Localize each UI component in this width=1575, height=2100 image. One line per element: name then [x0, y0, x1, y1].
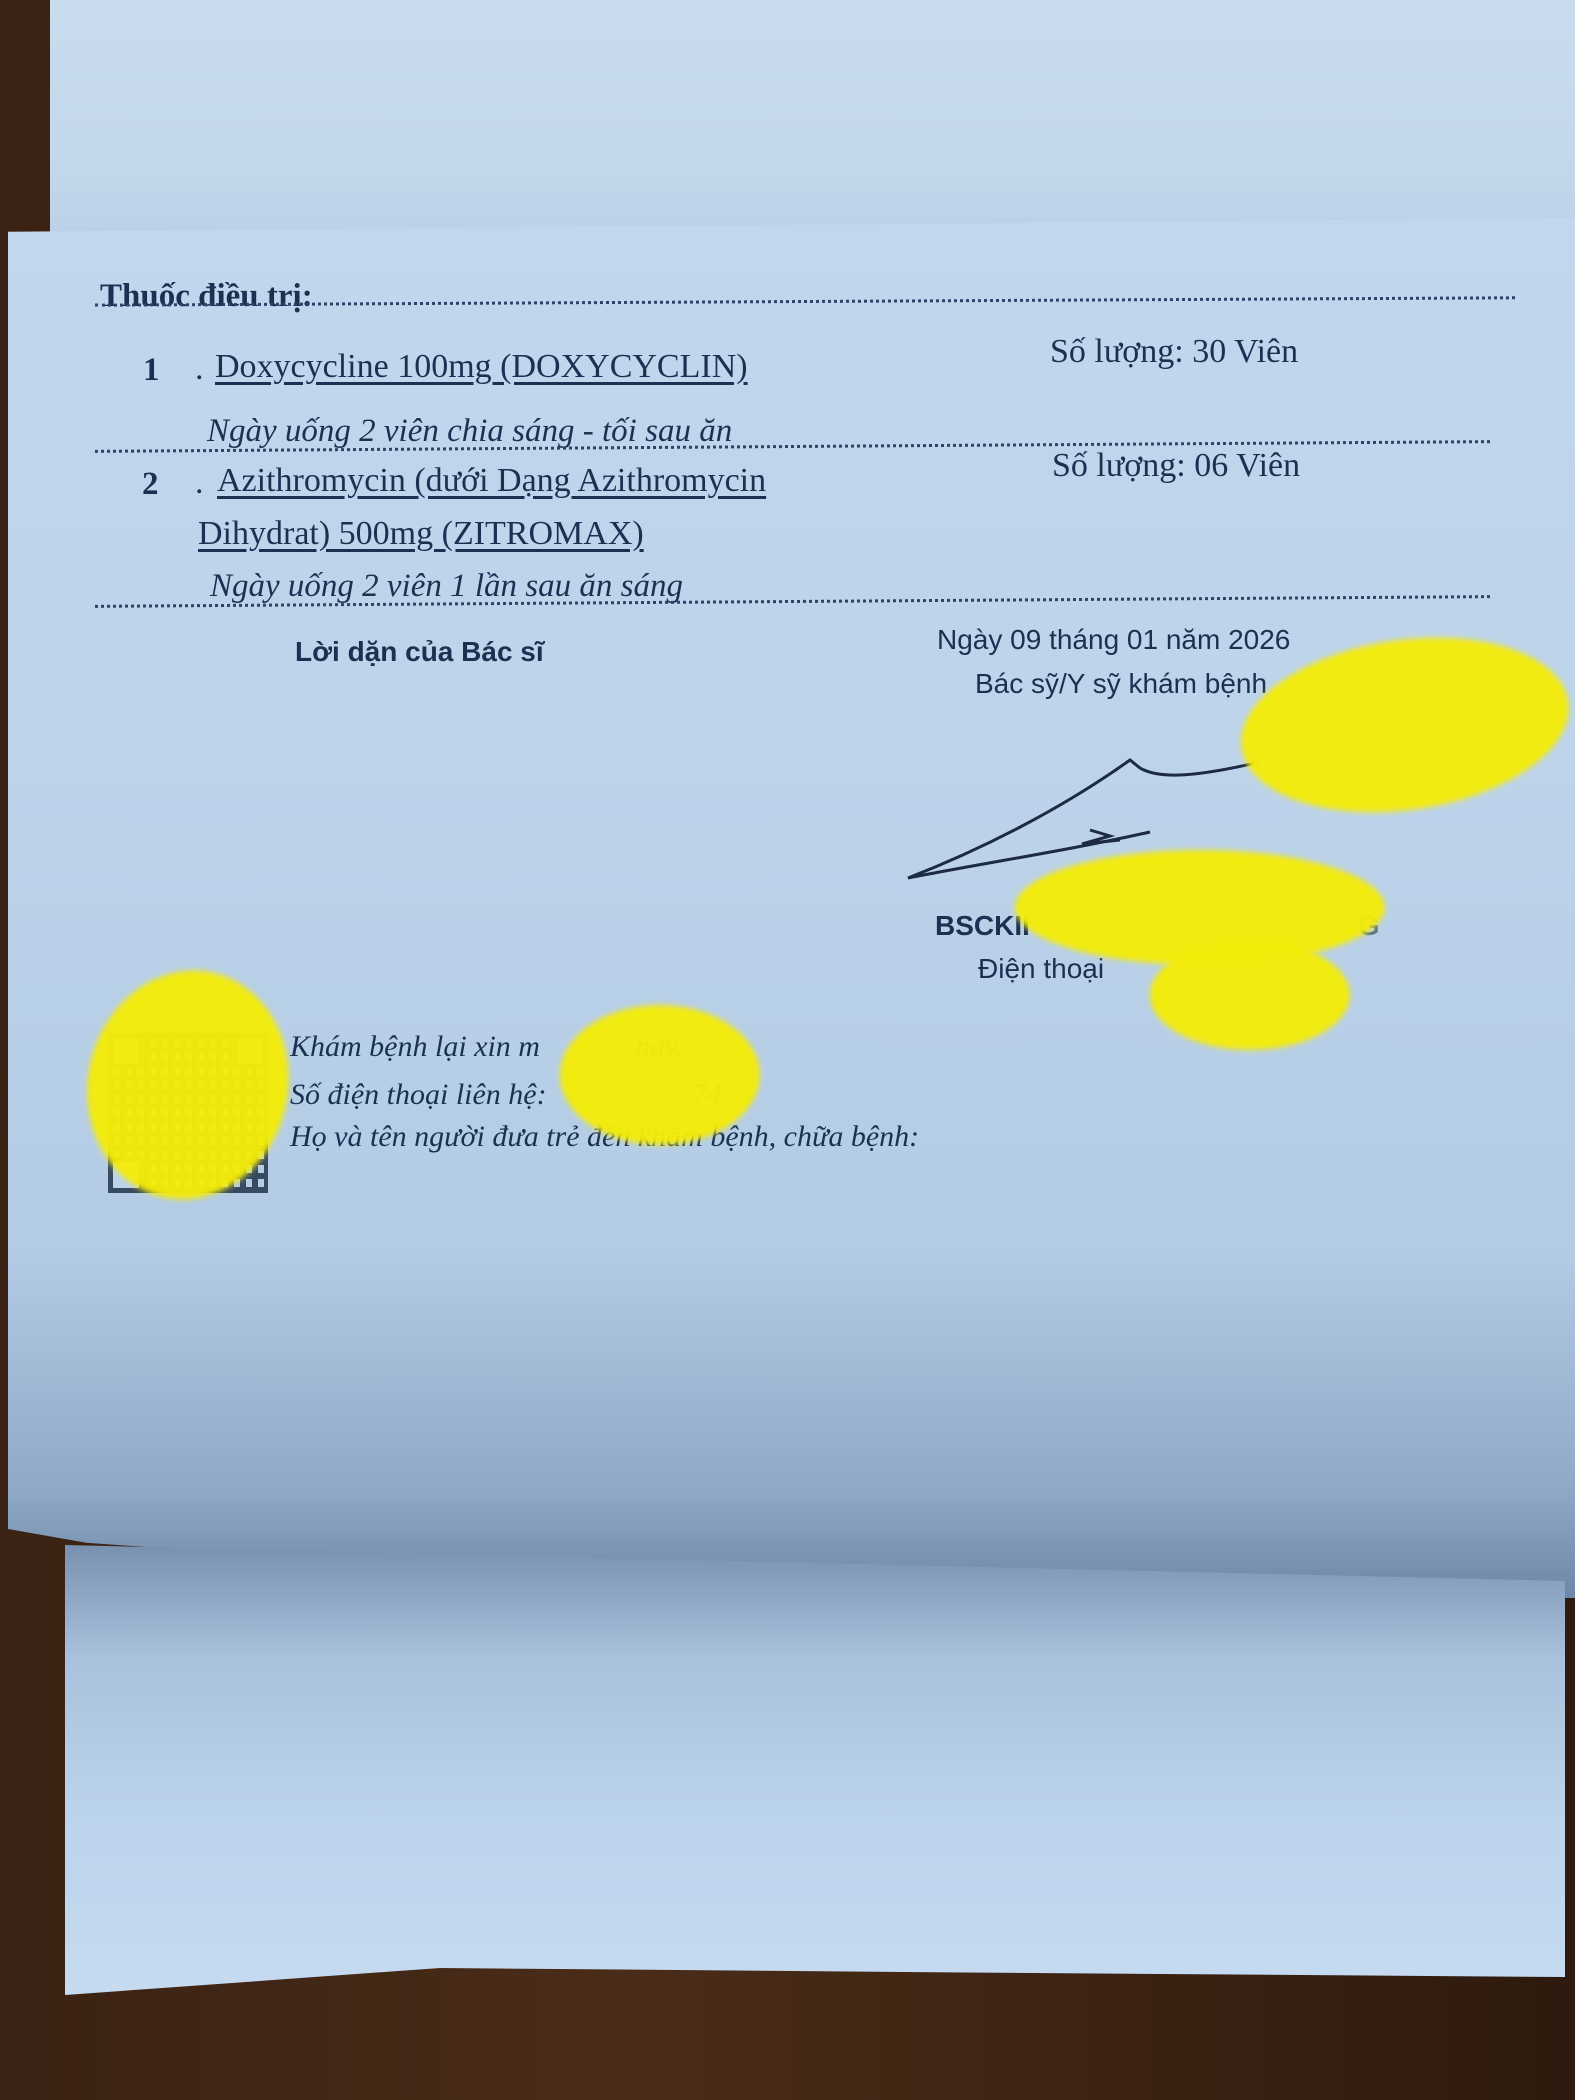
folded-paper-top [50, 0, 1575, 250]
redaction-mark [1150, 940, 1350, 1050]
redaction-mark [560, 1005, 760, 1145]
doctor-advice-label: Lời dặn của Bác sĩ [295, 636, 544, 668]
doctor-phone: Điện thoại [978, 953, 1104, 985]
medication-quantity: Số lượng: 30 Viên [1050, 333, 1298, 371]
medication-name: Doxycycline 100mg (DOXYCYCLIN) [215, 348, 748, 386]
medication-usage: Ngày uống 2 viên 1 lần sau ăn sáng [210, 568, 683, 605]
medication-usage: Ngày uống 2 viên chia sáng - tối sau ăn [207, 413, 732, 450]
medication-name-continued: Dihydrat) 500mg (ZITROMAX) [198, 515, 644, 553]
medication-number: 2 [142, 466, 159, 503]
medication-number: 1 [143, 352, 160, 389]
medication-name: Azithromycin (dưới Dạng Azithromycin [217, 462, 766, 500]
folded-paper-bottom [65, 1545, 1565, 1995]
doctor-role-label: Bác sỹ/Y sỹ khám bệnh [975, 668, 1267, 700]
number-separator: . [195, 350, 204, 388]
section-title: Thuốc điều trị: [100, 278, 313, 315]
number-separator: . [195, 464, 204, 502]
medication-quantity: Số lượng: 06 Viên [1052, 447, 1300, 485]
prescription-date: Ngày 09 tháng 01 năm 2026 [937, 624, 1290, 656]
